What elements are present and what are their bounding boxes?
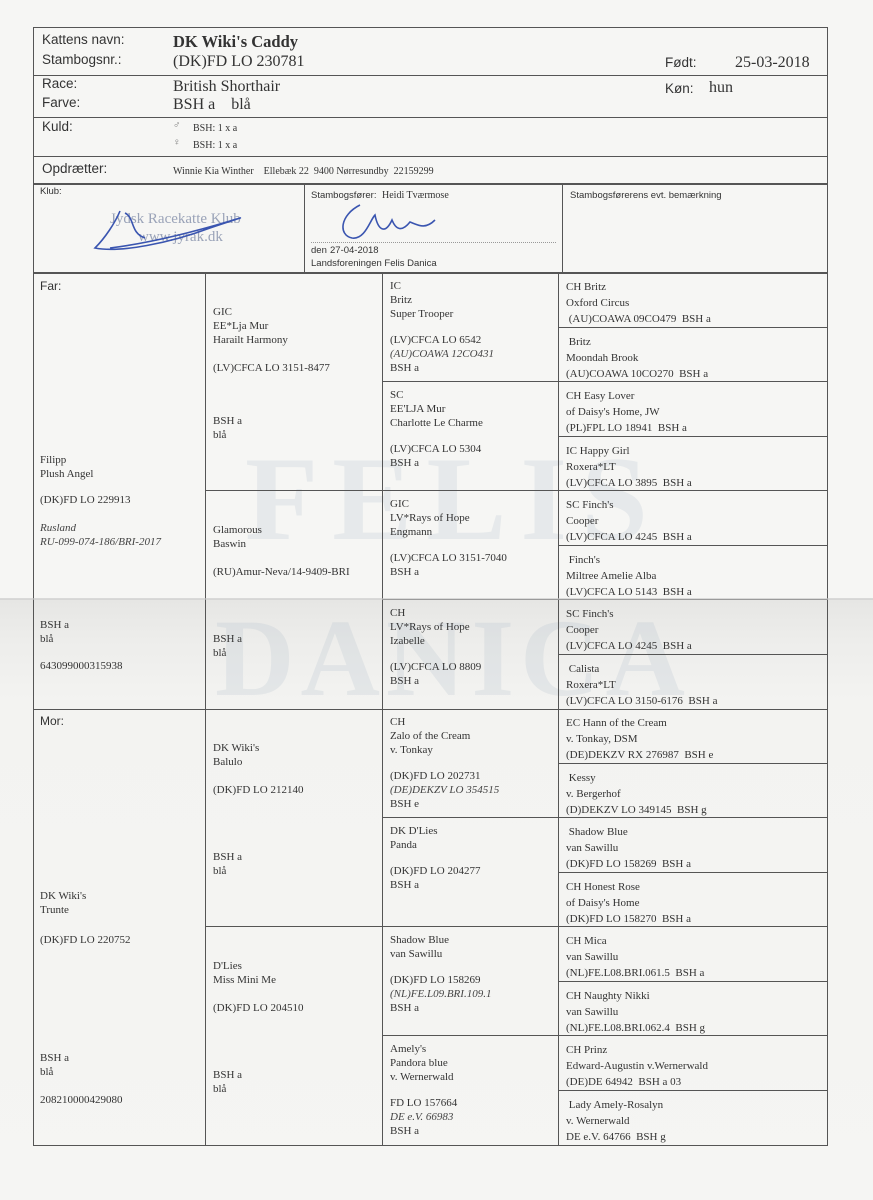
registrar-org: Landsforeningen Felis Danica	[311, 259, 437, 269]
grandparent-color: BSH ablå	[213, 414, 242, 442]
great-great-grandparent: SC Finch'sCooper(LV)CFCA LO 4245 BSH a	[566, 497, 692, 545]
great-great-grandparent: CH Micavan Sawillu(NL)FE.L08.BRI.061.5 B…	[566, 933, 704, 981]
race-label: Race:	[42, 77, 77, 91]
remarks-label: Stambogsførerens evt. bemærkning	[570, 191, 722, 201]
born-date: 25-03-2018	[735, 55, 810, 71]
grandparent-color: BSH ablå	[213, 850, 242, 878]
great-great-grandparent: Kessyv. Bergerhof(D)DEKZV LO 349145 BSH …	[566, 770, 707, 818]
great-grandparent: ICBritzSuper Trooper(LV)CFCA LO 6542(AU)…	[390, 279, 494, 375]
great-great-grandparent: CH Easy Loverof Daisy's Home, JW(PL)FPL …	[566, 388, 687, 436]
dam-chip: 208210000429080	[40, 1093, 123, 1107]
grandparent: DK Wiki'sBalulo(DK)FD LO 212140	[213, 741, 303, 797]
breeder-label: Opdrætter:	[42, 162, 107, 176]
club-signature-icon	[90, 203, 260, 258]
paper-fold	[0, 598, 873, 600]
great-great-grandparent: CalistaRoxera*LT(LV)CFCA LO 3150-6176 BS…	[566, 661, 717, 709]
sire-origin: Rusland RU-099-074-186/BRI-2017	[40, 521, 161, 549]
male-symbol-icon: ♂	[173, 121, 181, 131]
dam-label: Mor:	[40, 715, 64, 727]
great-great-grandparent: EC Hann of the Creamv. Tonkay, DSM(DE)DE…	[566, 715, 713, 763]
cat-name: DK Wiki's Caddy	[173, 34, 298, 51]
litter-female: BSH: 1 x a	[193, 141, 237, 151]
dam-registration: (DK)FD LO 220752	[40, 933, 130, 947]
grandparent: GICEE*Lja MurHarailt Harmony(LV)CFCA LO …	[213, 305, 330, 375]
pedigree-sheet: FELIS DANICA Kattens navn: DK Wiki's Cad…	[0, 0, 873, 1200]
sex-label: Køn:	[665, 82, 694, 96]
sire-chip: 643099000315938	[40, 659, 123, 673]
registrar-date-label: den	[311, 246, 327, 256]
great-great-grandparent: CH Naughty Nikkivan Sawillu(NL)FE.L08.BR…	[566, 988, 705, 1036]
registration-label: Stambogsnr.:	[42, 53, 122, 67]
registrar-date: 27-04-2018	[330, 246, 379, 256]
great-grandparent: SCEE'LJA MurCharlotte Le Charme(LV)CFCA …	[390, 388, 483, 470]
grandparent-color: BSH ablå	[213, 632, 242, 660]
race-value: British Shorthair	[173, 79, 280, 95]
sex-value: hun	[709, 80, 733, 96]
grandparent-color: BSH ablå	[213, 1068, 242, 1096]
dam-name: DK Wiki's Trunte	[40, 889, 86, 917]
grandparent: D'LiesMiss Mini Me(DK)FD LO 204510	[213, 959, 303, 1015]
cat-name-label: Kattens navn:	[42, 33, 125, 47]
color-label: Farve:	[42, 96, 80, 110]
dam-color: BSH a blå	[40, 1051, 69, 1079]
great-great-grandparent: CH Honest Roseof Daisy's Home(DK)FD LO 1…	[566, 879, 691, 927]
sire-color: BSH a blå	[40, 618, 69, 646]
sire-registration: (DK)FD LO 229913	[40, 493, 130, 507]
female-symbol-icon: ♀	[173, 138, 181, 148]
great-great-grandparent: CH PrinzEdward-Augustin v.Wernerwald(DE)…	[566, 1042, 708, 1090]
header-box	[33, 27, 828, 184]
sire-label: Far:	[40, 280, 61, 292]
great-grandparent: Amely'sPandora bluev. WernerwaldFD LO 15…	[390, 1042, 457, 1138]
great-great-grandparent: CH BritzOxford Circus (AU)COAWA 09CO479 …	[566, 279, 711, 327]
breeder-value: Winnie Kia Winther Ellebæk 22 9400 Nørre…	[173, 167, 434, 177]
great-grandparent: GICLV*Rays of HopeEngmann(LV)CFCA LO 315…	[390, 497, 507, 579]
great-grandparent: CHZalo of the Creamv. Tonkay(DK)FD LO 20…	[390, 715, 499, 811]
litter-male: BSH: 1 x a	[193, 124, 237, 134]
sire-name: Filipp Plush Angel	[40, 453, 93, 481]
color-value: BSH a blå	[173, 97, 251, 113]
great-great-grandparent: Lady Amely-Rosalynv. WernerwaldDE e.V. 6…	[566, 1097, 666, 1145]
litter-label: Kuld:	[42, 120, 73, 134]
grandparent: GlamorousBaswin(RU)Amur-Neva/14-9409-BRI	[213, 523, 350, 579]
born-label: Født:	[665, 56, 697, 70]
great-great-grandparent: SC Finch'sCooper(LV)CFCA LO 4245 BSH a	[566, 606, 692, 654]
great-grandparent: CHLV*Rays of HopeIzabelle(LV)CFCA LO 880…	[390, 606, 481, 688]
great-grandparent: Shadow Bluevan Sawillu(DK)FD LO 158269(N…	[390, 933, 491, 1015]
great-great-grandparent: BritzMoondah Brook(AU)COAWA 10CO270 BSH …	[566, 334, 708, 382]
great-great-grandparent: Shadow Bluevan Sawillu(DK)FD LO 158269 B…	[566, 824, 691, 872]
great-grandparent: DK D'LiesPanda(DK)FD LO 204277BSH a	[390, 824, 480, 892]
registration-number: (DK)FD LO 230781	[173, 54, 305, 70]
registrar-signature-icon	[330, 200, 450, 245]
club-label: Klub:	[40, 187, 62, 197]
great-great-grandparent: Finch'sMiltree Amelie Alba(LV)CFCA LO 51…	[566, 552, 692, 600]
great-great-grandparent: IC Happy GirlRoxera*LT(LV)CFCA LO 3895 B…	[566, 443, 692, 491]
